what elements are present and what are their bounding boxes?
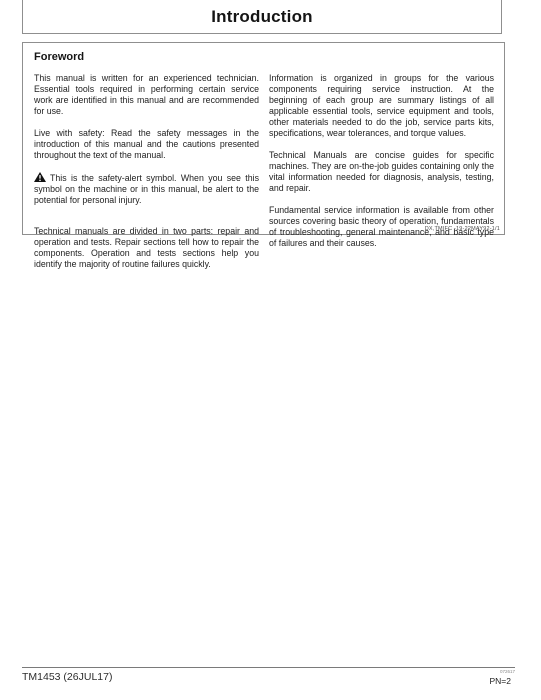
left-column: This manual is written for an experience… <box>34 73 259 281</box>
section-heading: Foreword <box>34 51 494 63</box>
print-code: 072617 <box>22 669 515 674</box>
reference-code: DX,TMIFC -19-22MAY92-1/1 <box>425 226 500 232</box>
page-number: PN=2 <box>22 676 511 686</box>
safety-alert-paragraph: This is the safety-alert symbol. When yo… <box>34 172 259 206</box>
foreword-section: Foreword This manual is written for an e… <box>22 42 505 235</box>
paragraph: Technical Manuals are concise guides for… <box>269 150 494 194</box>
paragraph: Live with safety: Read the safety messag… <box>34 128 259 161</box>
safety-alert-icon <box>34 172 46 182</box>
manual-page: Introduction Foreword This manual is wri… <box>0 0 541 700</box>
paragraph: This manual is written for an experience… <box>34 73 259 117</box>
page-title: Introduction <box>211 7 313 27</box>
paragraph: Technical manuals are divided in two par… <box>34 226 259 270</box>
two-column-text: This manual is written for an experience… <box>34 73 494 281</box>
footer-rule <box>22 667 515 668</box>
paragraph: Information is organized in groups for t… <box>269 73 494 139</box>
paragraph-text: This is the safety-alert symbol. When yo… <box>34 173 259 205</box>
right-column: Information is organized in groups for t… <box>269 73 494 281</box>
page-title-box: Introduction <box>22 0 502 34</box>
